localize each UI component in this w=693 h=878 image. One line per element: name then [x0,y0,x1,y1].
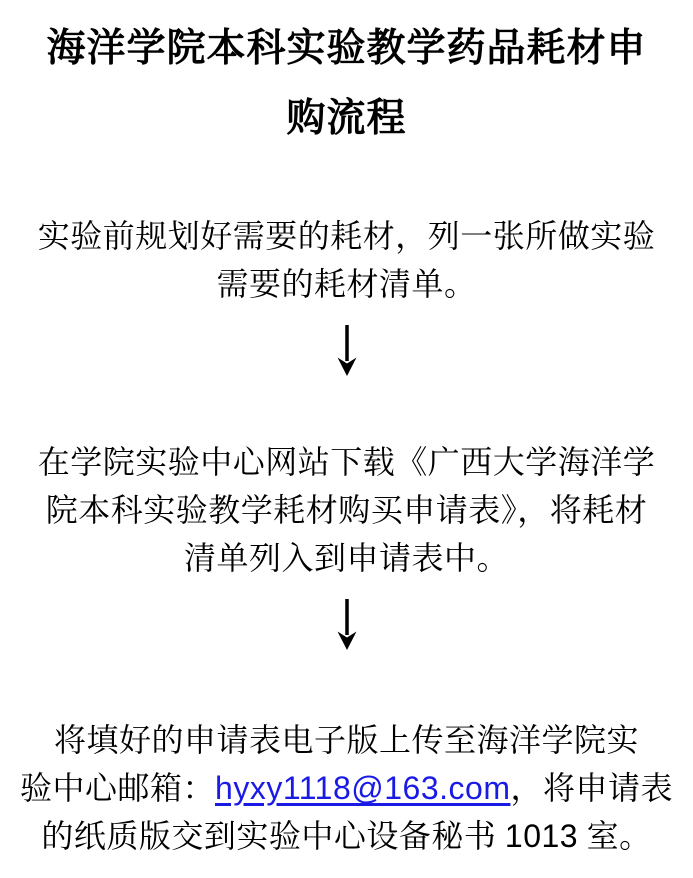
step-3-line-3: 的纸质版交到实验中心设备秘书 1013 室。 [0,812,693,860]
step-2-line-3: 清单列入到申请表中。 [0,534,693,582]
step-1-text: 实验前规划好需要的耗材，列一张所做实验 需要的耗材清单。 [0,212,693,308]
page-title-line-1: 海洋学院本科实验教学药品耗材申 [0,14,693,84]
email-link[interactable]: hyxy1118@163.com [215,770,510,806]
down-arrow-icon [0,324,693,376]
down-arrow-icon [0,598,693,650]
step-1-line-1: 实验前规划好需要的耗材，列一张所做实验 [0,212,693,260]
step-3-line-1: 将填好的申请表电子版上传至海洋学院实 [0,716,693,764]
step-3-line-2: 验中心邮箱：hyxy1118@163.com，将申请表 [0,764,693,812]
step-1-line-2: 需要的耗材清单。 [0,260,693,308]
step-2-line-2: 院本科实验教学耗材购买申请表》，将耗材 [0,486,693,534]
page-title-line-2: 购流程 [0,84,693,154]
step-3-line-2-prefix: 验中心邮箱： [20,770,215,806]
page-title: 海洋学院本科实验教学药品耗材申 购流程 [0,0,693,154]
step-3-line-2-suffix: ，将申请表 [510,770,673,806]
document-page: 海洋学院本科实验教学药品耗材申 购流程 实验前规划好需要的耗材，列一张所做实验 … [0,0,693,878]
step-3-line-3-prefix: 的纸质版交到实验中心设备秘书 [41,818,505,854]
step-2-line-1: 在学院实验中心网站下载《广西大学海洋学 [0,438,693,486]
step-3-text: 将填好的申请表电子版上传至海洋学院实 验中心邮箱：hyxy1118@163.co… [0,716,693,860]
room-number: 1013 [505,818,578,854]
step-3-line-3-suffix: 室。 [578,818,652,854]
step-2-text: 在学院实验中心网站下载《广西大学海洋学 院本科实验教学耗材购买申请表》，将耗材 … [0,438,693,582]
